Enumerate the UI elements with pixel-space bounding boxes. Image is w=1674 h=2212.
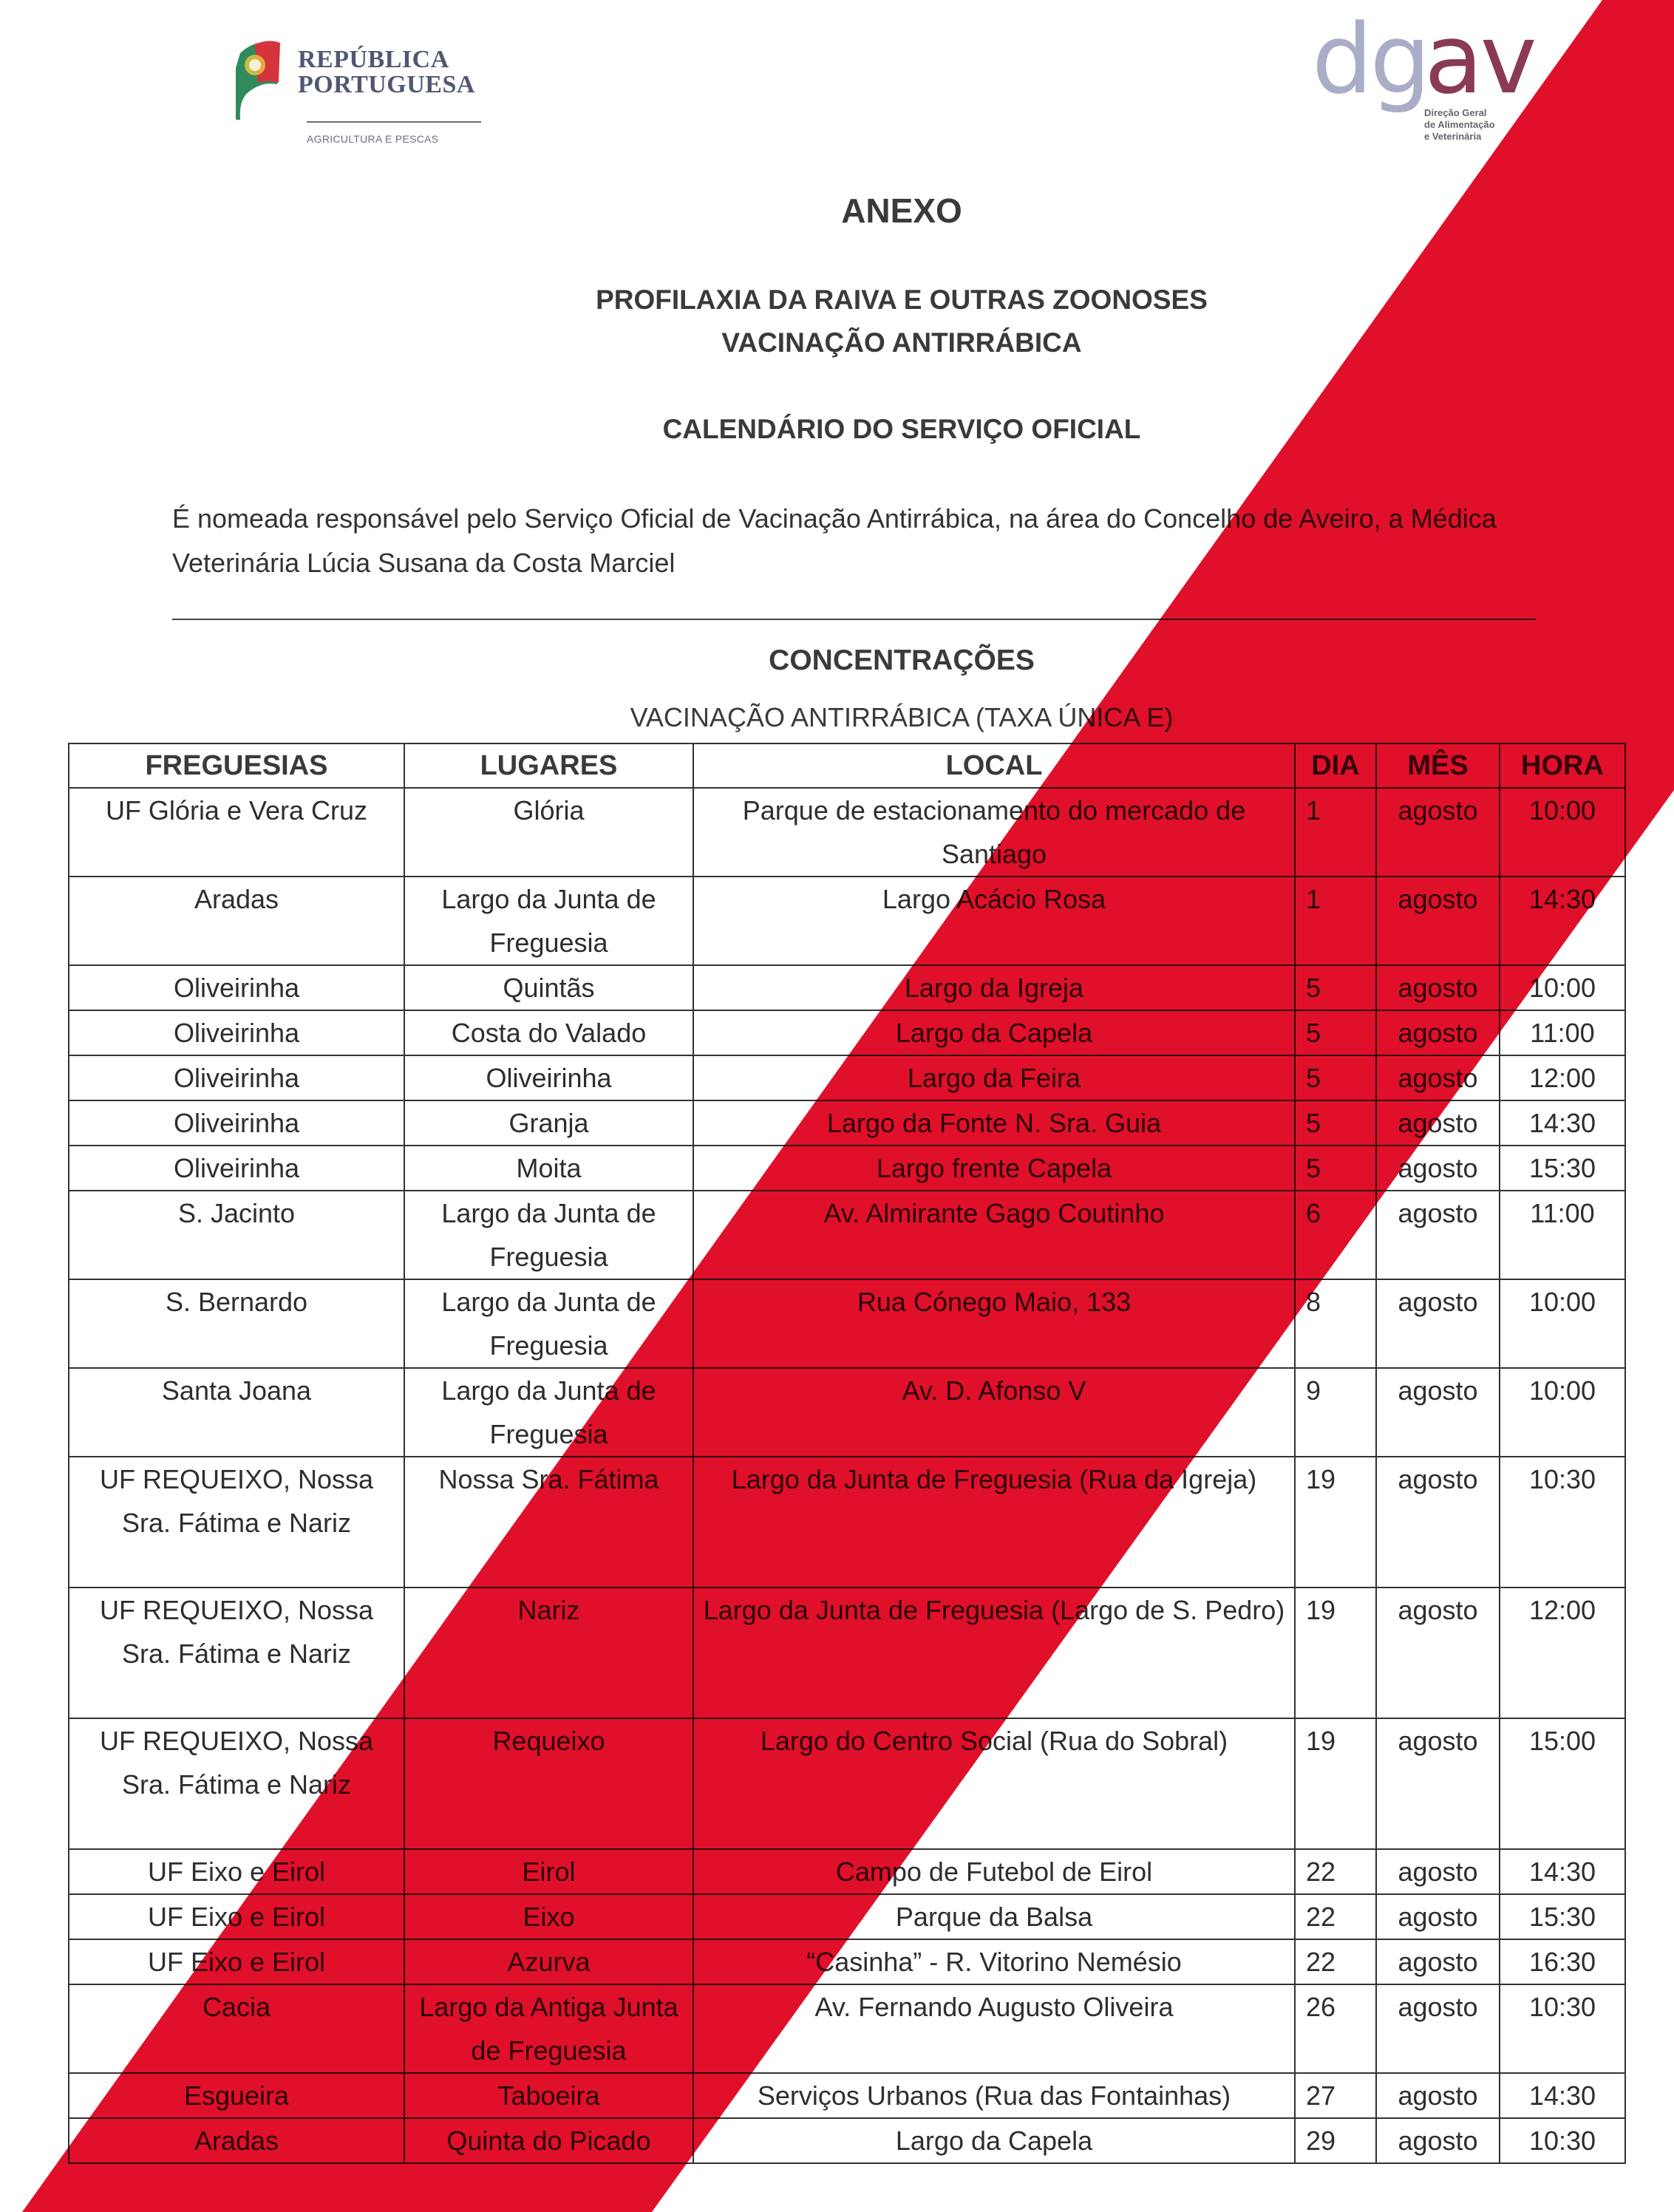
column-header-mes: MÊS xyxy=(1376,743,1500,788)
cell-lugar: Largo da Junta de Freguesia xyxy=(404,1279,693,1368)
cell-lugar: Eixo xyxy=(404,1894,693,1939)
cell-hora: 14:30 xyxy=(1500,1100,1625,1146)
cell-dia: 22 xyxy=(1295,1939,1376,1984)
cell-freguesia: Oliveirinha xyxy=(69,1100,404,1146)
cell-dia: 19 xyxy=(1295,1718,1376,1849)
column-header-local: LOCAL xyxy=(693,743,1295,788)
cell-dia: 5 xyxy=(1295,1146,1376,1191)
table-row: OliveirinhaOliveirinhaLargo da Feira5ago… xyxy=(69,1055,1625,1100)
cell-freguesia: Aradas xyxy=(69,2118,404,2163)
dgav-mark-dg: dg xyxy=(1312,11,1428,107)
cell-hora: 12:00 xyxy=(1500,1587,1625,1718)
cell-local: Rua Cónego Maio, 133 xyxy=(693,1279,1295,1368)
cell-mes: agosto xyxy=(1376,2073,1500,2118)
cell-dia: 5 xyxy=(1295,1100,1376,1146)
cell-freguesia: Oliveirinha xyxy=(69,1010,404,1055)
cell-hora: 14:30 xyxy=(1500,877,1625,965)
cell-freguesia: Oliveirinha xyxy=(69,1055,404,1100)
cell-lugar: Largo da Junta de Freguesia xyxy=(404,877,693,965)
cell-hora: 14:30 xyxy=(1500,1849,1625,1894)
table-row: AradasQuinta do PicadoLargo da Capela29a… xyxy=(69,2118,1625,2163)
table-row: UF REQUEIXO, Nossa Sra. Fátima e NarizNa… xyxy=(69,1587,1625,1718)
cell-mes: agosto xyxy=(1376,1279,1500,1368)
cell-local: Largo da Capela xyxy=(693,1010,1295,1055)
table-row: S. JacintoLargo da Junta de FreguesiaAv.… xyxy=(69,1191,1625,1279)
cell-lugar: Azurva xyxy=(404,1939,693,1984)
cell-local: Largo Acácio Rosa xyxy=(693,877,1295,965)
cell-hora: 10:30 xyxy=(1500,1984,1625,2073)
cell-freguesia: UF Glória e Vera Cruz xyxy=(69,788,404,877)
logo-divider xyxy=(307,121,481,123)
cell-dia: 1 xyxy=(1295,788,1376,877)
dgav-mark-av: av xyxy=(1424,11,1534,107)
cell-hora: 10:00 xyxy=(1500,1279,1625,1368)
dgav-logo: dg av Direção Geral de Alimentação e Vet… xyxy=(1312,11,1556,152)
cell-dia: 26 xyxy=(1295,1984,1376,2073)
cell-lugar: Quinta do Picado xyxy=(404,2118,693,2163)
cell-local: Largo frente Capela xyxy=(693,1146,1295,1191)
vaccination-schedule-table: FREGUESIAS LUGARES LOCAL DIA MÊS HORA UF… xyxy=(68,743,1626,2164)
cell-hora: 10:30 xyxy=(1500,1457,1625,1587)
cell-freguesia: UF Eixo e Eirol xyxy=(69,1939,404,1984)
cell-freguesia: Cacia xyxy=(69,1984,404,2073)
cell-hora: 10:00 xyxy=(1500,1368,1625,1457)
cell-freguesia: Oliveirinha xyxy=(69,965,404,1010)
cell-local: Av. Almirante Gago Coutinho xyxy=(693,1191,1295,1279)
table-row: UF REQUEIXO, Nossa Sra. Fátima e NarizNo… xyxy=(69,1457,1625,1587)
table-row: Santa JoanaLargo da Junta de FreguesiaAv… xyxy=(69,1368,1625,1457)
cell-hora: 11:00 xyxy=(1500,1010,1625,1055)
appointment-paragraph: É nomeada responsável pelo Serviço Ofici… xyxy=(172,497,1547,585)
document-subtitle-2: VACINAÇÃO ANTIRRÁBICA xyxy=(0,327,1674,358)
cell-freguesia: UF REQUEIXO, Nossa Sra. Fátima e Nariz xyxy=(69,1457,404,1587)
document-subtitle-1: PROFILAXIA DA RAIVA E OUTRAS ZOONOSES xyxy=(0,285,1674,316)
cell-dia: 8 xyxy=(1295,1279,1376,1368)
cell-mes: agosto xyxy=(1376,1055,1500,1100)
cell-dia: 9 xyxy=(1295,1368,1376,1457)
cell-mes: agosto xyxy=(1376,1368,1500,1457)
cell-local: Campo de Futebol de Eirol xyxy=(693,1849,1295,1894)
cell-local: Serviços Urbanos (Rua das Fontainhas) xyxy=(693,2073,1295,2118)
document-title: ANEXO xyxy=(0,191,1674,231)
cell-local: Largo da Fonte N. Sra. Guia xyxy=(693,1100,1295,1146)
cell-local: Parque de estacionamento do mercado de S… xyxy=(693,788,1295,877)
ministry-label: AGRICULTURA E PESCAS xyxy=(307,133,438,145)
cell-dia: 27 xyxy=(1295,2073,1376,2118)
cell-freguesia: S. Jacinto xyxy=(69,1191,404,1279)
cell-lugar: Eirol xyxy=(404,1849,693,1894)
cell-mes: agosto xyxy=(1376,1894,1500,1939)
table-row: UF Eixo e EirolEixoParque da Balsa22agos… xyxy=(69,1894,1625,1939)
cell-mes: agosto xyxy=(1376,788,1500,877)
cell-hora: 11:00 xyxy=(1500,1191,1625,1279)
cell-lugar: Largo da Junta de Freguesia xyxy=(404,1368,693,1457)
cell-local: Av. Fernando Augusto Oliveira xyxy=(693,1984,1295,2073)
table-row: OliveirinhaMoitaLargo frente Capela5agos… xyxy=(69,1146,1625,1191)
table-header-row: FREGUESIAS LUGARES LOCAL DIA MÊS HORA xyxy=(69,743,1625,788)
cell-mes: agosto xyxy=(1376,1457,1500,1587)
column-header-lugares: LUGARES xyxy=(404,743,693,788)
cell-freguesia: UF REQUEIXO, Nossa Sra. Fátima e Nariz xyxy=(69,1718,404,1849)
cell-lugar: Nossa Sra. Fátima xyxy=(404,1457,693,1587)
table-caption: VACINAÇÃO ANTIRRÁBICA (TAXA ÚNICA E) xyxy=(0,702,1674,733)
table-row: EsgueiraTaboeiraServiços Urbanos (Rua da… xyxy=(69,2073,1625,2118)
table-row: UF Glória e Vera CruzGlóriaParque de est… xyxy=(69,788,1625,877)
cell-lugar: Costa do Valado xyxy=(404,1010,693,1055)
cell-hora: 12:00 xyxy=(1500,1055,1625,1100)
cell-mes: agosto xyxy=(1376,1587,1500,1718)
cell-local: “Casinha” - R. Vitorino Nemésio xyxy=(693,1939,1295,1984)
cell-lugar: Moita xyxy=(404,1146,693,1191)
cell-local: Largo da Capela xyxy=(693,2118,1295,2163)
cell-dia: 19 xyxy=(1295,1457,1376,1587)
cell-dia: 5 xyxy=(1295,965,1376,1010)
cell-freguesia: S. Bernardo xyxy=(69,1279,404,1368)
cell-mes: agosto xyxy=(1376,1146,1500,1191)
cell-hora: 15:00 xyxy=(1500,1718,1625,1849)
cell-freguesia: Santa Joana xyxy=(69,1368,404,1457)
republica-portuguesa-logo: REPÚBLICA PORTUGUESA AGRICULTURA E PESCA… xyxy=(233,30,499,148)
portugal-flag-icon xyxy=(233,38,285,120)
republica-line-1: REPÚBLICA xyxy=(298,47,475,72)
cell-lugar: Largo da Antiga Junta de Freguesia xyxy=(404,1984,693,2073)
column-header-dia: DIA xyxy=(1295,743,1376,788)
table-row: OliveirinhaGranjaLargo da Fonte N. Sra. … xyxy=(69,1100,1625,1146)
dgav-sub-line-2: de Alimentação xyxy=(1424,119,1495,131)
cell-lugar: Glória xyxy=(404,788,693,877)
cell-mes: agosto xyxy=(1376,2118,1500,2163)
cell-mes: agosto xyxy=(1376,1849,1500,1894)
cell-local: Largo da Igreja xyxy=(693,965,1295,1010)
cell-dia: 5 xyxy=(1295,1010,1376,1055)
cell-dia: 22 xyxy=(1295,1849,1376,1894)
cell-mes: agosto xyxy=(1376,877,1500,965)
column-header-freguesias: FREGUESIAS xyxy=(69,743,404,788)
cell-dia: 1 xyxy=(1295,877,1376,965)
table-row: S. BernardoLargo da Junta de FreguesiaRu… xyxy=(69,1279,1625,1368)
cell-freguesia: Oliveirinha xyxy=(69,1146,404,1191)
cell-local: Largo da Feira xyxy=(693,1055,1295,1100)
cell-freguesia: Aradas xyxy=(69,877,404,965)
cell-lugar: Oliveirinha xyxy=(404,1055,693,1100)
cell-freguesia: UF Eixo e Eirol xyxy=(69,1894,404,1939)
section-title: CALENDÁRIO DO SERVIÇO OFICIAL xyxy=(0,414,1674,445)
cell-mes: agosto xyxy=(1376,1939,1500,1984)
cell-lugar: Requeixo xyxy=(404,1718,693,1849)
cell-dia: 5 xyxy=(1295,1055,1376,1100)
dgav-sub-line-3: e Veterinária xyxy=(1424,131,1495,143)
cell-hora: 15:30 xyxy=(1500,1894,1625,1939)
cell-lugar: Quintãs xyxy=(404,965,693,1010)
cell-mes: agosto xyxy=(1376,1100,1500,1146)
cell-dia: 29 xyxy=(1295,2118,1376,2163)
republica-line-2: PORTUGUESA xyxy=(298,72,475,98)
cell-hora: 10:30 xyxy=(1500,2118,1625,2163)
cell-dia: 6 xyxy=(1295,1191,1376,1279)
cell-local: Largo da Junta de Freguesia (Largo de S.… xyxy=(693,1587,1295,1718)
cell-hora: 10:00 xyxy=(1500,965,1625,1010)
cell-local: Parque da Balsa xyxy=(693,1894,1295,1939)
table-row: AradasLargo da Junta de FreguesiaLargo A… xyxy=(69,877,1625,965)
table-row: UF Eixo e EirolAzurva“Casinha” - R. Vito… xyxy=(69,1939,1625,1984)
cell-mes: agosto xyxy=(1376,1191,1500,1279)
table-row: OliveirinhaCosta do ValadoLargo da Capel… xyxy=(69,1010,1625,1055)
table-row: UF Eixo e EirolEirolCampo de Futebol de … xyxy=(69,1849,1625,1894)
cell-hora: 10:00 xyxy=(1500,788,1625,877)
cell-mes: agosto xyxy=(1376,965,1500,1010)
republica-name: REPÚBLICA PORTUGUESA xyxy=(298,47,475,98)
cell-lugar: Nariz xyxy=(404,1587,693,1718)
table-body: UF Glória e Vera CruzGlóriaParque de est… xyxy=(69,788,1625,2163)
cell-mes: agosto xyxy=(1376,1984,1500,2073)
cell-freguesia: UF Eixo e Eirol xyxy=(69,1849,404,1894)
cell-dia: 22 xyxy=(1295,1894,1376,1939)
cell-hora: 15:30 xyxy=(1500,1146,1625,1191)
cell-local: Largo do Centro Social (Rua do Sobral) xyxy=(693,1718,1295,1849)
cell-freguesia: UF REQUEIXO, Nossa Sra. Fátima e Nariz xyxy=(69,1587,404,1718)
cell-freguesia: Esgueira xyxy=(69,2073,404,2118)
cell-hora: 14:30 xyxy=(1500,2073,1625,2118)
cell-hora: 16:30 xyxy=(1500,1939,1625,1984)
cell-dia: 19 xyxy=(1295,1587,1376,1718)
table-row: UF REQUEIXO, Nossa Sra. Fátima e NarizRe… xyxy=(69,1718,1625,1849)
cell-local: Av. D. Afonso V xyxy=(693,1368,1295,1457)
horizontal-rule xyxy=(172,619,1536,620)
dgav-sub-line-1: Direção Geral xyxy=(1424,107,1495,119)
cell-local: Largo da Junta de Freguesia (Rua da Igre… xyxy=(693,1457,1295,1587)
column-header-hora: HORA xyxy=(1500,743,1625,788)
cell-lugar: Taboeira xyxy=(404,2073,693,2118)
table-heading: CONCENTRAÇÕES xyxy=(0,644,1674,677)
cell-mes: agosto xyxy=(1376,1718,1500,1849)
dgav-subtitle: Direção Geral de Alimentação e Veterinár… xyxy=(1424,107,1495,143)
cell-lugar: Granja xyxy=(404,1100,693,1146)
cell-lugar: Largo da Junta de Freguesia xyxy=(404,1191,693,1279)
table-row: OliveirinhaQuintãsLargo da Igreja5agosto… xyxy=(69,965,1625,1010)
table-row: CaciaLargo da Antiga Junta de FreguesiaA… xyxy=(69,1984,1625,2073)
cell-mes: agosto xyxy=(1376,1010,1500,1055)
